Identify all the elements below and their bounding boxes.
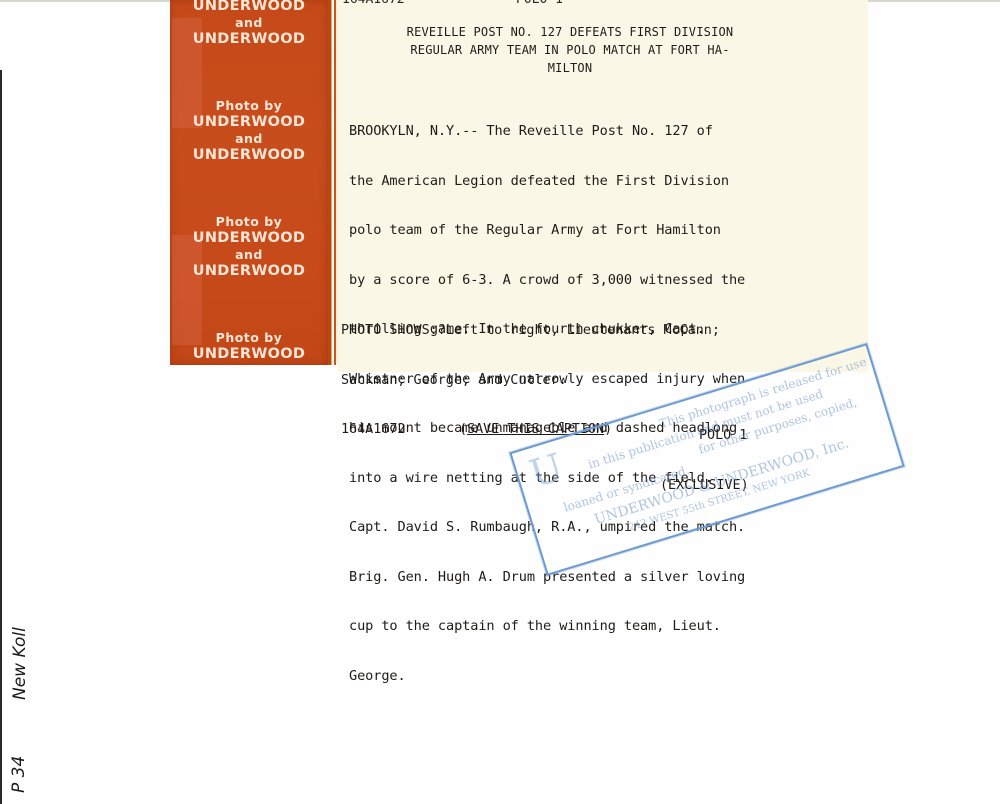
stamp-initial: U [524,445,567,496]
credit-block: UNDERWOOD and UNDERWOOD [170,0,328,48]
headline-line: REGULAR ARMY TEAM IN POLO MATCH AT FORT … [350,41,790,59]
credit-and: and [170,131,328,147]
headline-line: MILTON [350,59,790,77]
caption-headline: REVEILLE POST NO. 127 DEFEATS FIRST DIVI… [350,23,790,77]
photo-shows-line: PHOTO SHOWS:?Left to right, Lieutenants … [341,323,861,340]
credit-and: and [170,247,328,263]
handwritten-note-new-koll: New Koll [10,627,30,700]
caption-header-fragment-center: POLO 1 [516,0,563,7]
body-line: by a score of 6-3. A crowd of 3,000 witn… [349,272,859,289]
caption-sheet: 164A1672 POLO 1 REVEILLE POST NO. 127 DE… [338,0,868,372]
strip-border [328,0,338,365]
body-line: cup to the captain of the winning team, … [349,618,859,635]
credit-line: UNDERWOOD [170,263,328,280]
negative-number: 164A1672 [341,422,406,439]
credit-line: UNDERWOOD [170,346,328,363]
body-line: BROOKYLN, N.Y.-- The Reveille Post No. 1… [349,123,859,140]
body-line: George. [349,668,859,685]
photo-credit-strip: UNDERWOOD and UNDERWOOD Photo by UNDERWO… [170,0,328,365]
credit-line: UNDERWOOD [170,230,328,247]
credit-block: Photo by UNDERWOOD [170,330,328,363]
credit-photo-by: Photo by [170,330,328,346]
credit-photo-by: Photo by [170,214,328,230]
caption-header-fragment-left: 164A1672 [342,0,405,7]
credit-block: Photo by UNDERWOOD and UNDERWOOD [170,98,328,164]
credit-line: UNDERWOOD [170,31,328,48]
credit-line: UNDERWOOD [170,0,328,15]
credit-line: UNDERWOOD [170,114,328,131]
photo-left-edge [0,70,2,804]
handwritten-note-page: P 34 [9,756,29,793]
credit-line: UNDERWOOD [170,147,328,164]
body-line: Brig. Gen. Hugh A. Drum presented a silv… [349,569,859,586]
body-line: the American Legion defeated the First D… [349,173,859,190]
credit-block: Photo by UNDERWOOD and UNDERWOOD [170,214,328,280]
credit-photo-by: Photo by [170,98,328,114]
body-line: polo team of the Regular Army at Fort Ha… [349,222,859,239]
headline-line: REVEILLE POST NO. 127 DEFEATS FIRST DIVI… [350,23,790,41]
credit-and: and [170,15,328,31]
